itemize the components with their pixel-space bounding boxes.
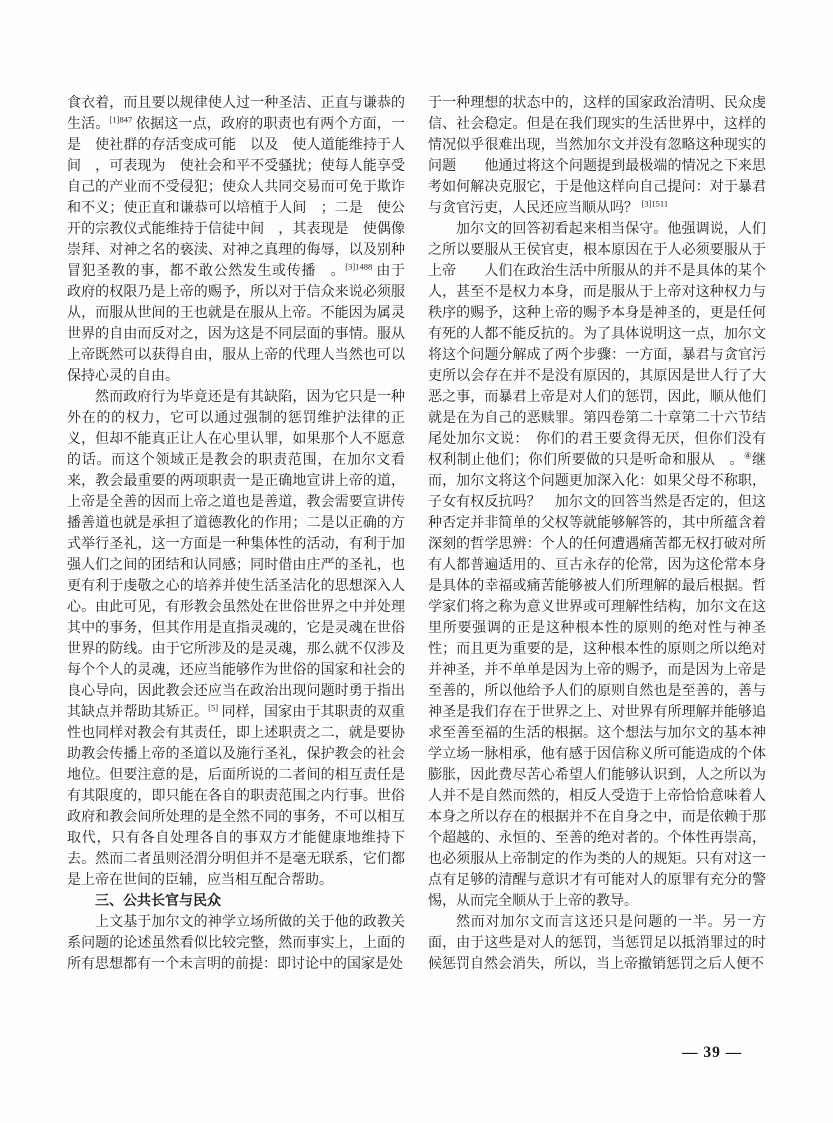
paragraph: 食衣着，而且要以规律使人过一种圣洁、正直与谦恭的生活。[1]847 依据这一点，…: [67, 93, 405, 387]
footnote-reference: [3]1488: [345, 261, 372, 271]
document-page: 食衣着，而且要以规律使人过一种圣洁、正直与谦恭的生活。[1]847 依据这一点，…: [0, 0, 833, 1123]
left-column: 食衣着，而且要以规律使人过一种圣洁、正直与谦恭的生活。[1]847 依据这一点，…: [67, 93, 405, 975]
footnote-reference: [3]1511: [642, 198, 669, 208]
footnote-reference: [1]847: [110, 114, 133, 124]
footnote-reference: [5]: [208, 702, 218, 712]
section-heading: 三、公共长官与民众: [67, 891, 405, 912]
paragraph: 于一种理想的状态中的，这样的国家政治清明、民众虔信、社会稳定。但是在我们现实的生…: [428, 93, 766, 219]
paragraph: 然而对加尔文而言这还只是问题的一半。另一方面，由于这些是对人的惩罚，当惩罚足以抵…: [428, 912, 766, 975]
page-number: — 39 —: [682, 1044, 742, 1062]
right-column: 于一种理想的状态中的，这样的国家政治清明、民众虔信、社会稳定。但是在我们现实的生…: [428, 93, 766, 975]
paragraph: 加尔文的回答初看起来相当保守。他强调说，人们之所以要服从王侯官吏，根本原因在于人…: [428, 219, 766, 912]
paragraph: 上文基于加尔文的神学立场所做的关于他的政教关系问题的论述虽然看似比较完整，然而事…: [67, 912, 405, 975]
paragraph: 然而政府行为毕竟还是有其缺陷，因为它只是一种外在的的权力，它可以通过强制的惩罚维…: [67, 387, 405, 891]
footnote-reference: ④: [744, 450, 752, 460]
